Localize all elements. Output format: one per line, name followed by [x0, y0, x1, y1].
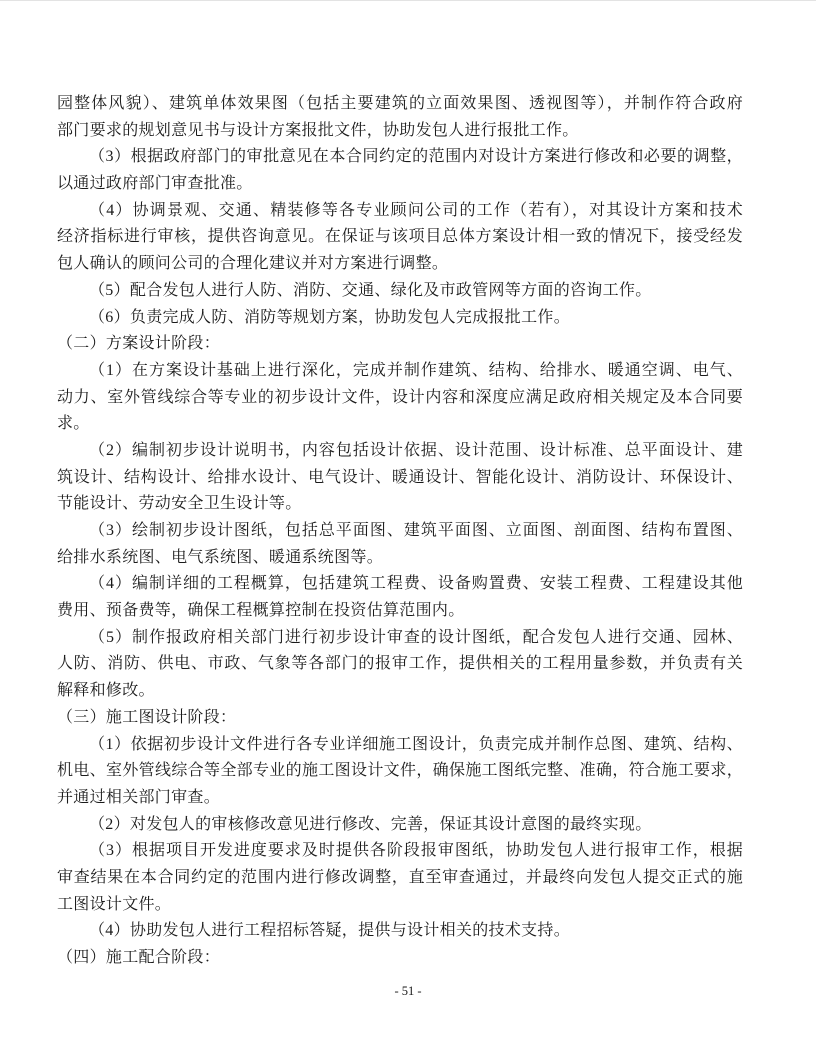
text-line: （3）绘制初步设计图纸，包括总平面图、建筑平面图、立面图、剖面图、结构布置图、 — [57, 518, 743, 545]
text-line: （1）依据初步设计文件进行各专业详细施工图设计，负责完成并制作总图、建筑、结构、 — [57, 732, 743, 759]
paragraph-item: （6）负责完成人防、消防等规划方案，协助发包人完成报批工作。 — [57, 305, 743, 332]
text-line: （5）制作报政府相关部门进行初步设计审查的设计图纸，配合发包人进行交通、园林、 — [57, 625, 743, 652]
text-line: （四）施工配合阶段： — [57, 945, 743, 972]
text-line: 节能设计、劳动安全卫生设计等。 — [57, 491, 743, 518]
text-line: （4）协助发包人进行工程招标答疑，提供与设计相关的技术支持。 — [57, 918, 743, 945]
text-line: 审查结果在本合同约定的范围内进行修改调整，直至审查通过，并最终向发包人提交正式的… — [57, 865, 743, 892]
text-line: （二）方案设计阶段： — [57, 331, 743, 358]
paragraph-item: （5）制作报政府相关部门进行初步设计审查的设计图纸，配合发包人进行交通、园林、人… — [57, 625, 743, 705]
text-line: （5）配合发包人进行人防、消防、交通、绿化及市政管网等方面的咨询工作。 — [57, 278, 743, 305]
text-line: 园整体风貌）、建筑单体效果图（包括主要建筑的立面效果图、透视图等），并制作符合政… — [57, 91, 743, 118]
text-line: 并通过相关部门审查。 — [57, 785, 743, 812]
text-line: （1）在方案设计基础上进行深化，完成并制作建筑、结构、给排水、暖通空调、电气、 — [57, 358, 743, 385]
text-line: （2）编制初步设计说明书，内容包括设计依据、设计范围、设计标准、总平面设计、建 — [57, 438, 743, 465]
text-line: 以通过政府部门审查批准。 — [57, 171, 743, 198]
paragraph-section: （二）方案设计阶段： — [57, 331, 743, 358]
text-line: （2）对发包人的审核修改意见进行修改、完善，保证其设计意图的最终实现。 — [57, 812, 743, 839]
text-line: 给排水系统图、电气系统图、暖通系统图等。 — [57, 545, 743, 572]
text-line: 部门要求的规划意见书与设计方案报批文件，协助发包人进行报批工作。 — [57, 118, 743, 145]
paragraph-item: （4）协调景观、交通、精装修等各专业顾问公司的工作（若有），对其设计方案和技术经… — [57, 198, 743, 278]
paragraph-item: （3）根据项目开发进度要求及时提供各阶段报审图纸，协助发包人进行报审工作，根据审… — [57, 838, 743, 918]
page-number: - 51 - — [0, 984, 816, 999]
text-line: （3）根据政府部门的审批意见在本合同约定的范围内对设计方案进行修改和必要的调整， — [57, 144, 743, 171]
text-line: 机电、室外管线综合等全部专业的施工图设计文件，确保施工图纸完整、准确，符合施工要… — [57, 758, 743, 785]
paragraph-item: （4）编制详细的工程概算，包括建筑工程费、设备购置费、安装工程费、工程建设其他费… — [57, 571, 743, 624]
paragraph-item: （3）根据政府部门的审批意见在本合同约定的范围内对设计方案进行修改和必要的调整，… — [57, 144, 743, 197]
text-line: （6）负责完成人防、消防等规划方案，协助发包人完成报批工作。 — [57, 305, 743, 332]
paragraph-item: （4）协助发包人进行工程招标答疑，提供与设计相关的技术支持。 — [57, 918, 743, 945]
text-line: 经济指标进行审核，提供咨询意见。在保证与该项目总体方案设计相一致的情况下，接受经… — [57, 224, 743, 251]
text-line: （4）协调景观、交通、精装修等各专业顾问公司的工作（若有），对其设计方案和技术 — [57, 198, 743, 225]
text-line: 工图设计文件。 — [57, 892, 743, 919]
text-line: 动力、室外管线综合等专业的初步设计文件，设计内容和深度应满足政府相关规定及本合同… — [57, 385, 743, 412]
paragraph-item: （1）在方案设计基础上进行深化，完成并制作建筑、结构、给排水、暖通空调、电气、动… — [57, 358, 743, 438]
paragraph-item: （3）绘制初步设计图纸，包括总平面图、建筑平面图、立面图、剖面图、结构布置图、给… — [57, 518, 743, 571]
paragraph-item: （5）配合发包人进行人防、消防、交通、绿化及市政管网等方面的咨询工作。 — [57, 278, 743, 305]
text-line: （三）施工图设计阶段： — [57, 705, 743, 732]
text-line: 求。 — [57, 411, 743, 438]
text-line: 人防、消防、供电、市政、气象等各部门的报审工作，提供相关的工程用量参数，并负责有… — [57, 651, 743, 678]
text-line: （3）根据项目开发进度要求及时提供各阶段报审图纸，协助发包人进行报审工作，根据 — [57, 838, 743, 865]
text-line: 解释和修改。 — [57, 678, 743, 705]
text-line: 费用、预备费等，确保工程概算控制在投资估算范围内。 — [57, 598, 743, 625]
paragraph-section: （四）施工配合阶段： — [57, 945, 743, 972]
text-line: 包人确认的顾问公司的合理化建议并对方案进行调整。 — [57, 251, 743, 278]
paragraph-item: （1）依据初步设计文件进行各专业详细施工图设计，负责完成并制作总图、建筑、结构、… — [57, 732, 743, 812]
paragraph-section: （三）施工图设计阶段： — [57, 705, 743, 732]
document-page: 园整体风貌）、建筑单体效果图（包括主要建筑的立面效果图、透视图等），并制作符合政… — [0, 0, 816, 1056]
paragraph-continuation: 园整体风貌）、建筑单体效果图（包括主要建筑的立面效果图、透视图等），并制作符合政… — [57, 91, 743, 144]
text-line: （4）编制详细的工程概算，包括建筑工程费、设备购置费、安装工程费、工程建设其他 — [57, 571, 743, 598]
paragraph-item: （2）编制初步设计说明书，内容包括设计依据、设计范围、设计标准、总平面设计、建筑… — [57, 438, 743, 518]
paragraph-item: （2）对发包人的审核修改意见进行修改、完善，保证其设计意图的最终实现。 — [57, 812, 743, 839]
text-line: 筑设计、结构设计、给排水设计、电气设计、暖通设计、智能化设计、消防设计、环保设计… — [57, 465, 743, 492]
document-body: 园整体风貌）、建筑单体效果图（包括主要建筑的立面效果图、透视图等），并制作符合政… — [57, 91, 743, 972]
